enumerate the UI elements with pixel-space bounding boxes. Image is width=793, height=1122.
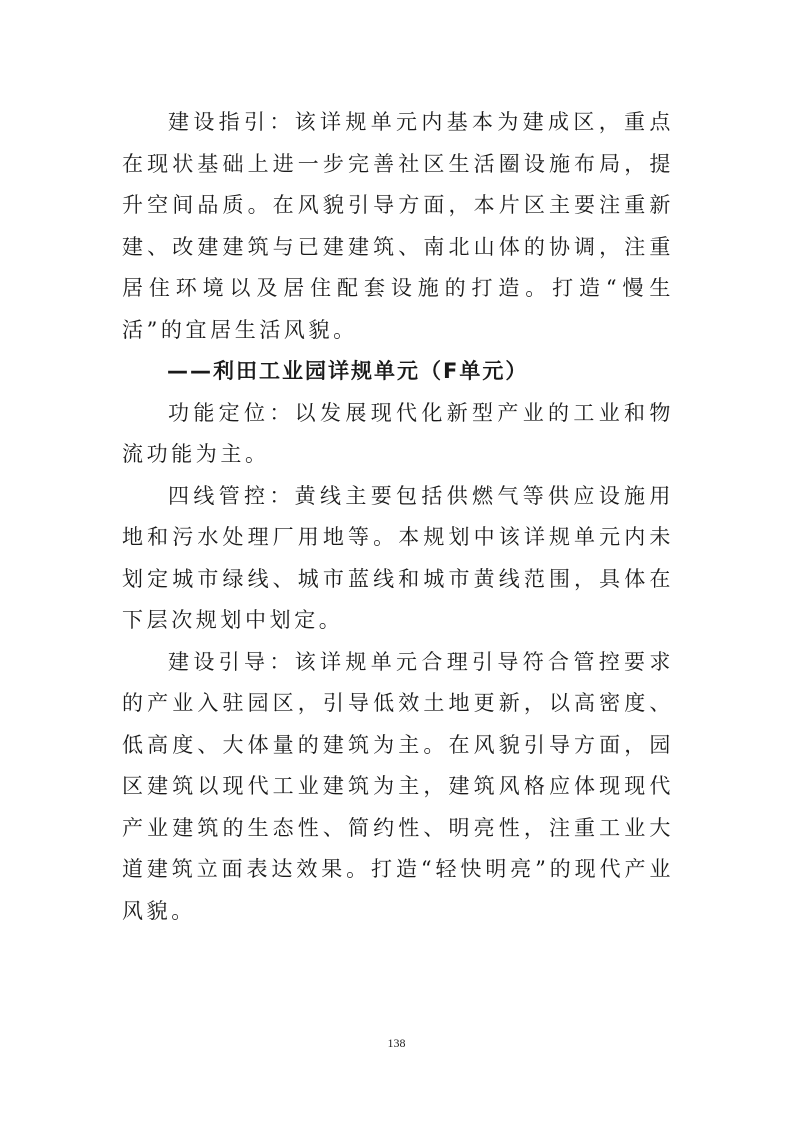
paragraph-construction-guidance-e: 建设指引：该详规单元内基本为建成区，重点在现状基础上进一步完善社区生活圈设施布局… bbox=[122, 102, 674, 351]
paragraph-function-positioning: 功能定位：以发展现代化新型产业的工业和物流功能为主。 bbox=[122, 393, 674, 476]
paragraph-construction-guidance-f: 建设引导：该详规单元合理引导符合管控要求的产业入驻园区，引导低效土地更新，以高密… bbox=[122, 642, 674, 933]
paragraph-four-line-control: 四线管控：黄线主要包括供燃气等供应设施用地和污水处理厂用地等。本规划中该详规单元… bbox=[122, 476, 674, 642]
document-page: 建设指引：该详规单元内基本为建成区，重点在现状基础上进一步完善社区生活圈设施布局… bbox=[122, 102, 674, 932]
section-heading: ——利田工业园详规单元（F单元） bbox=[122, 351, 674, 393]
page-number: 138 bbox=[0, 1036, 793, 1051]
